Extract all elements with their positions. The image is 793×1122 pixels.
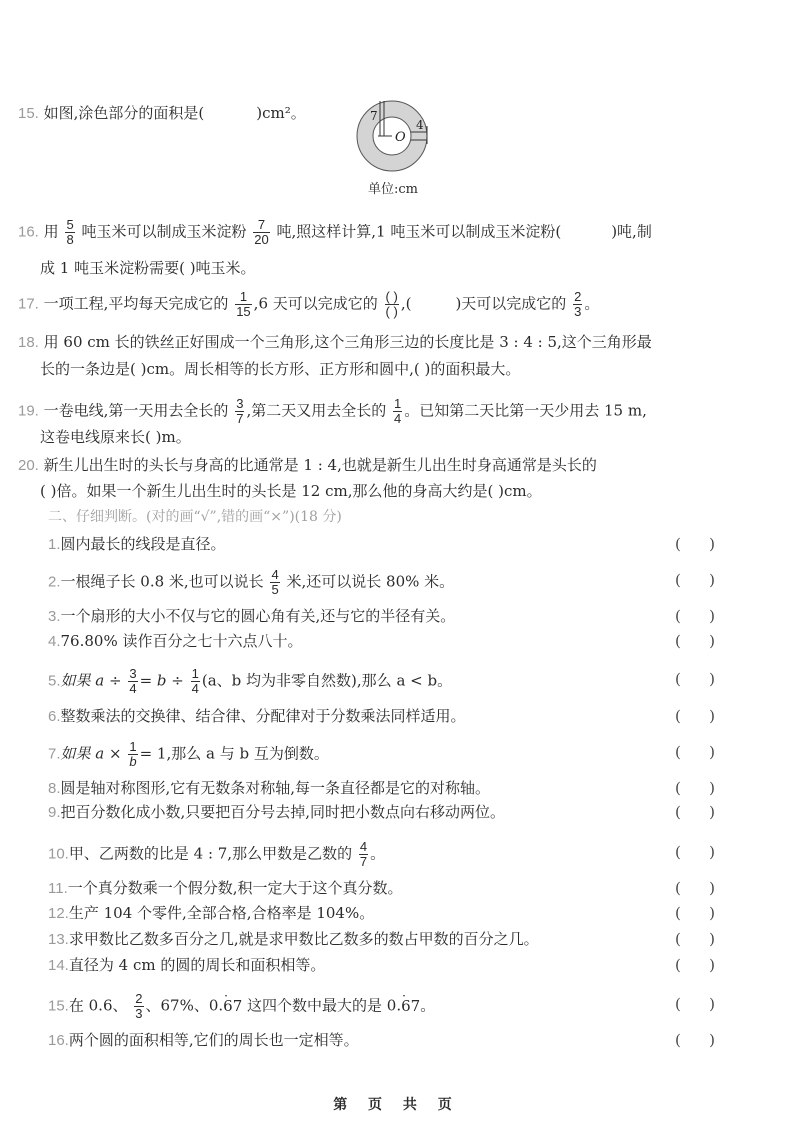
question-15: 15. 如图,涂色部分的面积是()cm²。: [18, 103, 306, 124]
ring-diagram-icon: 7 4 O: [350, 98, 450, 178]
answer-paren[interactable]: (): [675, 1030, 715, 1050]
fraction: 58: [65, 218, 74, 247]
fraction: 37: [235, 397, 244, 426]
list-item: 15.在 0.6、 23、67%、0.67 这四个数中最大的是 0.67。: [48, 992, 435, 1021]
list-item: 11.一个真分数乘一个假分数,积一定大于这个真分数。: [48, 878, 403, 899]
list-item: 10.甲、乙两数的比是 4 : 7,那么甲数是乙数的 47。: [48, 840, 385, 869]
list-item: 3.一个扇形的大小不仅与它的圆心角有关,还与它的半径有关。: [48, 606, 455, 627]
question-19-line2: 这卷电线原来长( )m。: [40, 427, 191, 447]
list-item: 2.一根绳子长 0.8 米,也可以说长 45 米,还可以说长 80% 米。: [48, 568, 454, 597]
question-17: 17. 一项工程,平均每天完成它的 115,6 天可以完成它的 ( )( ),(…: [18, 290, 599, 319]
answer-paren[interactable]: (): [675, 631, 715, 651]
question-20: 20. 新生儿出生时的头长与身高的比通常是 1 : 4,也就是新生儿出生时身高通…: [18, 455, 597, 476]
fraction-blank[interactable]: ( )( ): [385, 290, 399, 319]
svg-text:7: 7: [370, 109, 378, 123]
answer-paren[interactable]: (): [675, 534, 715, 554]
list-item: 5.如果 a ÷ 34= b ÷ 14(a、b 均为非零自然数),那么 a < …: [48, 667, 452, 696]
answer-paren[interactable]: (): [675, 903, 715, 923]
repeating-decimal: 67: [401, 996, 420, 1016]
question-18: 18. 用 60 cm 长的铁丝正好围成一个三角形,这个三角形三边的长度比是 3…: [18, 332, 652, 353]
answer-paren[interactable]: (): [675, 742, 715, 762]
fraction: 14: [393, 397, 402, 426]
list-item: 7.如果 a × 1b= 1,那么 a 与 b 互为倒数。: [48, 740, 329, 769]
page-footer: 第 页 共 页: [0, 1094, 793, 1114]
svg-text:O: O: [395, 130, 406, 145]
list-item: 16.两个圆的面积相等,它们的周长也一定相等。: [48, 1030, 359, 1051]
list-item: 1.圆内最长的线段是直径。: [48, 534, 748, 555]
list-item: 8.圆是轴对称图形,它有无数条对称轴,每一条直径都是它的对称轴。: [48, 778, 490, 799]
fraction: 115: [235, 290, 251, 319]
list-item: 4.76.80% 读作百分之七十六点八十。: [48, 631, 302, 652]
answer-paren[interactable]: (): [675, 878, 715, 898]
question-20-line2: ( )倍。如果一个新生儿出生时的头长是 12 cm,那么他的身高大约是( )cm…: [40, 481, 542, 501]
answer-paren[interactable]: (): [675, 842, 715, 862]
answer-paren[interactable]: (): [675, 778, 715, 798]
question-19: 19. 一卷电线,第一天用去全长的 37,第二天又用去全长的 14。已知第二天比…: [18, 397, 647, 426]
list-item: 6.整数乘法的交换律、结合律、分配律对于分数乘法同样适用。: [48, 706, 466, 727]
svg-text:4: 4: [416, 118, 424, 132]
answer-paren[interactable]: (): [675, 929, 715, 949]
question-16: 16. 用 58 吨玉米可以制成玉米淀粉 720 吨,照这样计算,1 吨玉米可以…: [18, 218, 652, 247]
answer-paren[interactable]: (): [675, 706, 715, 726]
section-heading: 二、仔细判断。(对的画“√”,错的画“×”)(18 分): [48, 507, 342, 527]
unit-label: 单位:cm: [368, 178, 418, 197]
answer-paren[interactable]: (): [675, 570, 715, 590]
answer-paren[interactable]: (): [675, 802, 715, 822]
list-item: 14.直径为 4 cm 的圆的周长和面积相等。: [48, 955, 325, 976]
list-item: 9.把百分数化成小数,只要把百分号去掉,同时把小数点向右移动两位。: [48, 802, 505, 823]
answer-paren[interactable]: (): [675, 994, 715, 1014]
answer-paren[interactable]: (): [675, 669, 715, 689]
question-18-line2: 长的一条边是( )cm。周长相等的长方形、正方形和圆中,( )的面积最大。: [40, 359, 520, 379]
question-16-line2: 成 1 吨玉米淀粉需要( )吨玉米。: [40, 258, 256, 278]
list-item: 13.求甲数比乙数多百分之几,就是求甲数比乙数多的数占甲数的百分之几。: [48, 929, 539, 950]
fraction: 23: [573, 290, 582, 319]
fraction: 720: [253, 218, 269, 247]
list-item: 12.生产 104 个零件,全部合格,合格率是 104%。: [48, 903, 374, 924]
answer-paren[interactable]: (): [675, 955, 715, 975]
answer-paren[interactable]: (): [675, 606, 715, 626]
repeating-decimal: 67: [223, 996, 242, 1016]
